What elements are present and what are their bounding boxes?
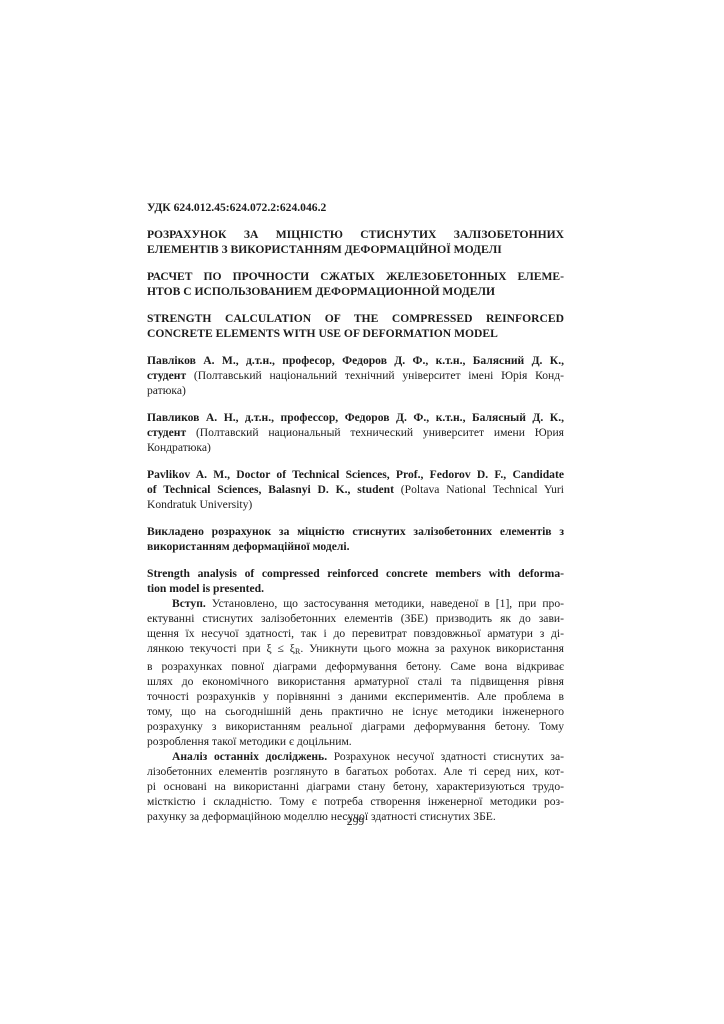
- text-block-intro-paragraph: Вступ. Установлено, що застосування мето…: [147, 596, 564, 749]
- text-run: УДК 624.012.45:624.072.2:624.046.2: [147, 201, 326, 214]
- text-line: ЕЛЕМЕНТІВ З ВИКОРИСТАННЯМ ДЕФОРМАЦІЙНОЇ …: [147, 242, 564, 257]
- text-line: tion model is presented.: [147, 581, 564, 596]
- text-line: місткістю і складністю. Тому є потреба с…: [147, 794, 564, 809]
- text-run: студент: [147, 426, 196, 439]
- text-line: Павликов А. Н., д.т.н., профессор, Федор…: [147, 410, 564, 425]
- text-run: РАСЧЕТ ПО ПРОЧНОСТИ СЖАТЫХ ЖЕЛЕЗОБЕТОННЫ…: [147, 270, 564, 283]
- text-run: лянкою текучості при ξ ≤ ξ: [147, 642, 295, 655]
- text-line: використанням деформаційної моделі.: [147, 539, 564, 554]
- text-run: STRENGTH CALCULATION OF THE COMPRESSED R…: [147, 312, 564, 325]
- text-run: ЕЛЕМЕНТІВ З ВИКОРИСТАННЯМ ДЕФОРМАЦІЙНОЇ …: [147, 243, 502, 256]
- text-block-title-en: STRENGTH CALCULATION OF THE COMPRESSED R…: [147, 311, 564, 341]
- text-run: Кондратюка): [147, 441, 211, 454]
- text-run: Вступ.: [172, 597, 212, 610]
- text-run: CONCRETE ELEMENTS WITH USE OF DEFORMATIO…: [147, 327, 498, 340]
- text-block-title-uk: РОЗРАХУНОК ЗА МІЦНІСТЮ СТИСНУТИХ ЗАЛІЗОБ…: [147, 227, 564, 257]
- text-run: Strength analysis of compressed reinforc…: [147, 567, 564, 580]
- text-run: of Technical Sciences, Balasnyi D. K., s…: [147, 483, 401, 496]
- page: УДК 624.012.45:624.072.2:624.046.2РОЗРАХ…: [0, 0, 724, 1024]
- text-run: Розрахунок несучої здатності стиснутих з…: [334, 750, 564, 763]
- text-run: Аналіз останніх досліджень.: [172, 750, 334, 763]
- text-line: Strength analysis of compressed reinforc…: [147, 566, 564, 581]
- text-run: точності розрахунків у порівнянні з дани…: [147, 690, 564, 703]
- text-line: розрахунку з використанням реальної діаг…: [147, 719, 564, 734]
- text-run: Павликов А. Н., д.т.н., профессор, Федор…: [147, 411, 564, 424]
- text-line: РОЗРАХУНОК ЗА МІЦНІСТЮ СТИСНУТИХ ЗАЛІЗОБ…: [147, 227, 564, 242]
- text-line: щення їх несучої здатності, так і до пер…: [147, 626, 564, 641]
- text-run: Павліков А. М., д.т.н., професор, Федоро…: [147, 354, 564, 367]
- text-run: (Полтавський національний технічний унів…: [194, 369, 564, 382]
- text-run: Викладено розрахунок за міцністю стиснут…: [147, 525, 564, 538]
- text-line: РАСЧЕТ ПО ПРОЧНОСТИ СЖАТЫХ ЖЕЛЕЗОБЕТОННЫ…: [147, 269, 564, 284]
- text-line: тому, що на сьогоднішній день практично …: [147, 704, 564, 719]
- text-block-udc-line: УДК 624.012.45:624.072.2:624.046.2: [147, 200, 564, 215]
- text-run: . Уникнути цього можна за рахунок викори…: [300, 642, 564, 655]
- text-line: студент (Полтавський національний техніч…: [147, 368, 564, 383]
- text-line: Викладено розрахунок за міцністю стиснут…: [147, 524, 564, 539]
- text-block-authors-ru: Павликов А. Н., д.т.н., профессор, Федор…: [147, 410, 564, 455]
- text-run: рі основані на використанні діаграми ста…: [147, 780, 564, 793]
- page-number: 299: [147, 814, 564, 829]
- text-run: Pavlikov A. M., Doctor of Technical Scie…: [147, 468, 564, 481]
- text-block-authors-en: Pavlikov A. M., Doctor of Technical Scie…: [147, 467, 564, 512]
- text-line: точності розрахунків у порівнянні з дани…: [147, 689, 564, 704]
- text-run: Kondratuk University): [147, 498, 252, 511]
- text-line: Вступ. Установлено, що застосування мето…: [147, 596, 564, 611]
- document-content: УДК 624.012.45:624.072.2:624.046.2РОЗРАХ…: [147, 200, 564, 824]
- text-run: розроблення такої методики є доцільним.: [147, 735, 352, 748]
- text-run: щення їх несучої здатності, так і до пер…: [147, 627, 564, 640]
- text-run: розрахунку з використанням реальної діаг…: [147, 720, 564, 733]
- text-line: лізобетонних елементів розглянуто в бага…: [147, 764, 564, 779]
- text-line: Kondratuk University): [147, 497, 564, 512]
- text-run: ратюка): [147, 384, 186, 397]
- text-run: шлях до економічного використання армату…: [147, 675, 564, 688]
- text-line: рі основані на використанні діаграми ста…: [147, 779, 564, 794]
- text-line: ектуванні стиснутих залізобетонних елеме…: [147, 611, 564, 626]
- text-run: тому, що на сьогоднішній день практично …: [147, 705, 564, 718]
- text-run: використанням деформаційної моделі.: [147, 540, 349, 553]
- text-line: УДК 624.012.45:624.072.2:624.046.2: [147, 200, 564, 215]
- text-block-authors-uk: Павліков А. М., д.т.н., професор, Федоро…: [147, 353, 564, 398]
- text-run: tion model is presented.: [147, 582, 264, 595]
- text-line: Аналіз останніх досліджень. Розрахунок н…: [147, 749, 564, 764]
- text-line: of Technical Sciences, Balasnyi D. K., s…: [147, 482, 564, 497]
- text-line: CONCRETE ELEMENTS WITH USE OF DEFORMATIO…: [147, 326, 564, 341]
- text-line: в розрахунках повної діаграми деформуван…: [147, 659, 564, 674]
- text-run: лізобетонних елементів розглянуто в бага…: [147, 765, 564, 778]
- text-line: Павліков А. М., д.т.н., професор, Федоро…: [147, 353, 564, 368]
- text-run: ектуванні стиснутих залізобетонних елеме…: [147, 612, 564, 625]
- text-block-abstract-en: Strength analysis of compressed reinforc…: [147, 566, 564, 596]
- text-line: шлях до економічного використання армату…: [147, 674, 564, 689]
- text-line: Кондратюка): [147, 440, 564, 455]
- text-run: Установлено, що застосування методики, н…: [212, 597, 564, 610]
- text-line: Pavlikov A. M., Doctor of Technical Scie…: [147, 467, 564, 482]
- text-run: (Полтавский национальный технический уни…: [196, 426, 564, 439]
- text-line: НТОВ С ИСПОЛЬЗОВАНИЕМ ДЕФОРМАЦИОННОЙ МОД…: [147, 284, 564, 299]
- text-line: студент (Полтавский национальный техниче…: [147, 425, 564, 440]
- text-run: в розрахунках повної діаграми деформуван…: [147, 660, 564, 673]
- text-line: STRENGTH CALCULATION OF THE COMPRESSED R…: [147, 311, 564, 326]
- text-block-title-ru: РАСЧЕТ ПО ПРОЧНОСТИ СЖАТЫХ ЖЕЛЕЗОБЕТОННЫ…: [147, 269, 564, 299]
- text-line: ратюка): [147, 383, 564, 398]
- text-run: (Poltava National Technical Yuri: [401, 483, 564, 496]
- text-line: лянкою текучості при ξ ≤ ξR. Уникнути ць…: [147, 641, 564, 659]
- text-block-abstract-uk: Викладено розрахунок за міцністю стиснут…: [147, 524, 564, 554]
- text-block-analysis-paragraph: Аналіз останніх досліджень. Розрахунок н…: [147, 749, 564, 824]
- text-run: місткістю і складністю. Тому є потреба с…: [147, 795, 564, 808]
- text-line: розроблення такої методики є доцільним.: [147, 734, 564, 749]
- text-run: студент: [147, 369, 194, 382]
- text-run: НТОВ С ИСПОЛЬЗОВАНИЕМ ДЕФОРМАЦИОННОЙ МОД…: [147, 285, 495, 298]
- text-run: РОЗРАХУНОК ЗА МІЦНІСТЮ СТИСНУТИХ ЗАЛІЗОБ…: [147, 228, 564, 241]
